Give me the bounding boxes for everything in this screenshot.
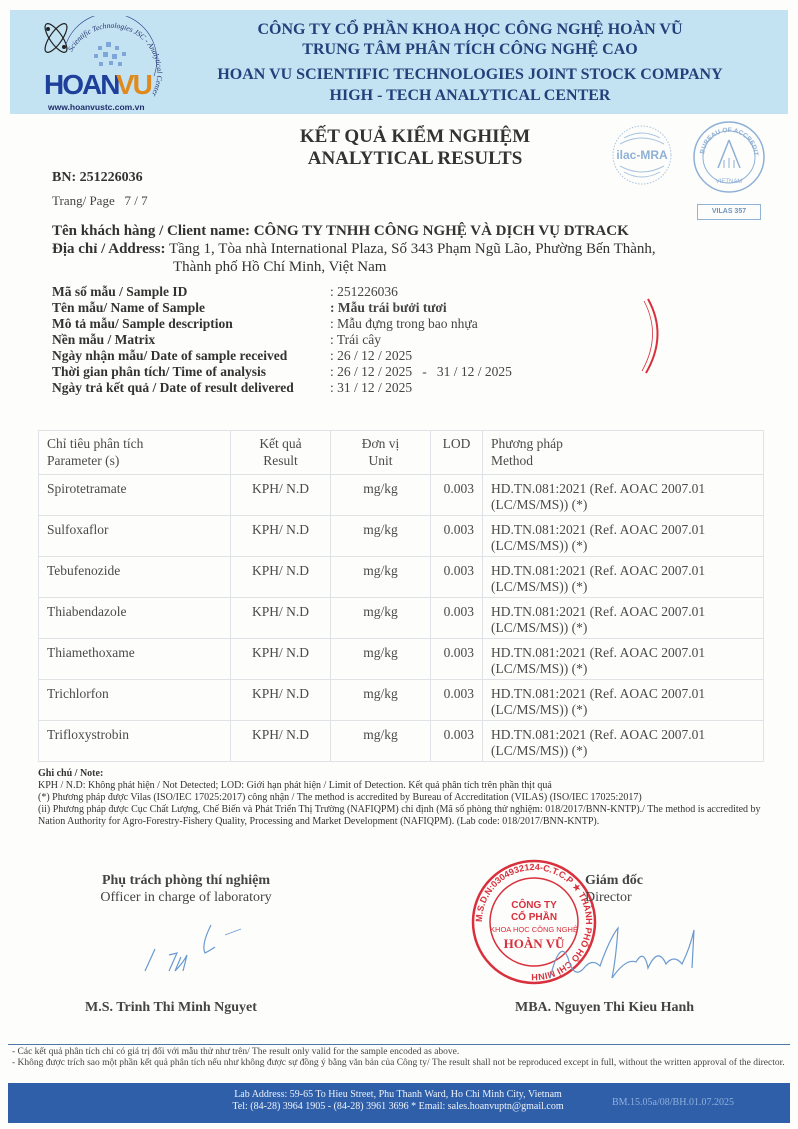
cell-lod: 0.003: [431, 598, 483, 639]
ilac-mra-logo-icon: ilac-MRA: [608, 124, 676, 186]
cell-parameter: Sulfoxaflor: [39, 516, 231, 557]
cell-parameter: Thiabendazole: [39, 598, 231, 639]
cell-lod: 0.003: [431, 680, 483, 721]
cell-parameter: Thiamethoxame: [39, 639, 231, 680]
cell-unit: mg/kg: [331, 516, 431, 557]
cell-method: HD.TN.081:2021 (Ref. AOAC 2007.01(LC/MS/…: [483, 721, 764, 762]
director-title-vn: Giám đốc: [585, 872, 643, 889]
cell-method: HD.TN.081:2021 (Ref. AOAC 2007.01(LC/MS/…: [483, 598, 764, 639]
cell-unit: mg/kg: [331, 639, 431, 680]
cell-unit: mg/kg: [331, 680, 431, 721]
lab-address: Lab Address: 59-65 To Hieu Street, Phu T…: [213, 1089, 583, 1101]
sample-info-row: Thời gian phân tích/ Time of analysis: 2…: [52, 364, 512, 380]
address-label: Địa chỉ / Address:: [52, 241, 166, 257]
cell-method: HD.TN.081:2021 (Ref. AOAC 2007.01(LC/MS/…: [483, 516, 764, 557]
table-row: ThiabendazoleKPH/ N.Dmg/kg0.003HD.TN.081…: [39, 598, 764, 639]
lab-officer-signature-icon: [125, 915, 255, 975]
footer-bar: Lab Address: 59-65 To Hieu Street, Phu T…: [8, 1083, 790, 1123]
logo-url: www.hoanvustc.com.vn: [48, 102, 145, 112]
note-line: (ii) Phương pháp được Cục Chất Lượng, Ch…: [38, 804, 778, 828]
cell-lod: 0.003: [431, 516, 483, 557]
cell-parameter: Trichlorfon: [39, 680, 231, 721]
vilas-badge: VILAS 357: [697, 204, 761, 220]
cell-unit: mg/kg: [331, 557, 431, 598]
sample-info-row: Tên mẫu/ Name of Sample: Mẫu trái bưởi t…: [52, 300, 512, 316]
page-value: 7 / 7: [124, 193, 147, 208]
sample-info-row: Mã số mẫu / Sample ID: 251226036: [52, 284, 512, 300]
address-line2: Thành phố Hồ Chí Minh, Việt Nam: [52, 258, 656, 276]
table-row: TebufenozideKPH/ N.Dmg/kg0.003HD.TN.081:…: [39, 557, 764, 598]
cell-parameter: Trifloxystrobin: [39, 721, 231, 762]
table-header-row: Chỉ tiêu phân tíchParameter (s) Kết quảR…: [39, 431, 764, 475]
page-label: Trang/ Page: [52, 193, 115, 208]
cell-result: KPH/ N.D: [231, 639, 331, 680]
cell-result: KPH/ N.D: [231, 680, 331, 721]
cell-parameter: Tebufenozide: [39, 557, 231, 598]
cell-lod: 0.003: [431, 721, 483, 762]
cell-result: KPH/ N.D: [231, 721, 331, 762]
form-code: BM.15.05a/08/BH.01.07.2025: [612, 1097, 734, 1108]
company-name-vn: CÔNG TY CỔ PHẦN KHOA HỌC CÔNG NGHỆ HOÀN …: [210, 20, 730, 40]
client-name-value: CÔNG TY TNHH CÔNG NGHỆ VÀ DỊCH VỤ DTRACK: [254, 223, 629, 239]
lab-officer-signature-block: Phụ trách phòng thí nghiệm Officer in ch…: [70, 872, 302, 906]
cell-result: KPH/ N.D: [231, 557, 331, 598]
title-en: ANALYTICAL RESULTS: [250, 148, 580, 170]
address-line1: Tầng 1, Tòa nhà International Plaza, Số …: [169, 241, 656, 257]
lab-officer-name: M.S. Trinh Thi Minh Nguyet: [85, 1000, 257, 1016]
footer-notes: - Các kết quả phân tích chỉ có giá trị đ…: [12, 1047, 792, 1069]
svg-text:VIETNAM: VIETNAM: [716, 179, 743, 185]
document-title: KẾT QUẢ KIỂM NGHIỆM ANALYTICAL RESULTS: [250, 126, 580, 170]
svg-text:ilac-MRA: ilac-MRA: [616, 148, 668, 162]
cell-method: HD.TN.081:2021 (Ref. AOAC 2007.01(LC/MS/…: [483, 639, 764, 680]
svg-text:CÔNG TY: CÔNG TY: [511, 898, 557, 911]
table-row: TrifloxystrobinKPH/ N.Dmg/kg0.003HD.TN.0…: [39, 721, 764, 762]
header-lod: LOD: [431, 431, 483, 475]
cell-method: HD.TN.081:2021 (Ref. AOAC 2007.01(LC/MS/…: [483, 475, 764, 516]
company-name-en: HOAN VU SCIENTIFIC TECHNOLOGIES JOINT ST…: [210, 64, 730, 86]
lab-officer-title-en: Officer in charge of laboratory: [70, 889, 302, 906]
cell-result: KPH/ N.D: [231, 475, 331, 516]
cell-parameter: Spirotetramate: [39, 475, 231, 516]
client-name-label: Tên khách hàng / Client name:: [52, 223, 250, 239]
table-row: SulfoxaflorKPH/ N.Dmg/kg0.003HD.TN.081:2…: [39, 516, 764, 557]
director-title-block: Giám đốc Director: [585, 872, 643, 906]
lab-contact: Lab Address: 59-65 To Hieu Street, Phu T…: [213, 1089, 583, 1113]
cell-unit: mg/kg: [331, 475, 431, 516]
center-name-vn: TRUNG TÂM PHÂN TÍCH CÔNG NGHỆ CAO: [210, 40, 730, 60]
cell-lod: 0.003: [431, 557, 483, 598]
bn-number: BN: 251226036: [52, 170, 143, 186]
cell-result: KPH/ N.D: [231, 516, 331, 557]
svg-text:HOAN: HOAN: [44, 69, 119, 100]
table-row: ThiamethoxameKPH/ N.Dmg/kg0.003HD.TN.081…: [39, 639, 764, 680]
header-result: Kết quảResult: [231, 431, 331, 475]
director-signature-icon: [540, 918, 710, 988]
page-seal-edge-icon: [640, 295, 670, 375]
note-line: (*) Phương pháp được Vilas (ISO/IEC 1702…: [38, 792, 778, 804]
title-vn: KẾT QUẢ KIỂM NGHIỆM: [250, 126, 580, 148]
table-row: SpirotetramateKPH/ N.Dmg/kg0.003HD.TN.08…: [39, 475, 764, 516]
header-parameter: Chỉ tiêu phân tíchParameter (s): [39, 431, 231, 475]
director-title-en: Director: [585, 889, 643, 906]
footer-note: - Không được trích sao một phần kết quả …: [12, 1058, 792, 1069]
cell-method: HD.TN.081:2021 (Ref. AOAC 2007.01(LC/MS/…: [483, 557, 764, 598]
bureau-of-accreditation-logo-icon: BUREAU OF ACCREDITATION VIETNAM: [692, 120, 766, 194]
footer-note: - Các kết quả phân tích chỉ có giá trị đ…: [12, 1047, 792, 1058]
letterhead-band: Scientific Technologies JSC - Analytical…: [10, 10, 788, 114]
notes-title: Ghi chú / Note:: [38, 768, 778, 780]
table-row: TrichlorfonKPH/ N.Dmg/kg0.003HD.TN.081:2…: [39, 680, 764, 721]
sample-info-row: Ngày trả kết quả / Date of result delive…: [52, 380, 512, 396]
sample-info-row: Ngày nhận mẫu/ Date of sample received: …: [52, 348, 512, 364]
center-name-en: HIGH - TECH ANALYTICAL CENTER: [210, 86, 730, 106]
cell-lod: 0.003: [431, 639, 483, 680]
director-name: MBA. Nguyen Thi Kieu Hanh: [515, 1000, 694, 1016]
cell-unit: mg/kg: [331, 721, 431, 762]
lab-officer-title-vn: Phụ trách phòng thí nghiệm: [70, 872, 302, 889]
sample-info: Mã số mẫu / Sample ID: 251226036 Tên mẫu…: [52, 284, 512, 396]
cell-result: KPH/ N.D: [231, 598, 331, 639]
cell-lod: 0.003: [431, 475, 483, 516]
notes-block: Ghi chú / Note: KPH / N.D: Không phát hi…: [38, 768, 778, 828]
sample-info-row: Nền mẫu / Matrix: Trái cây: [52, 332, 512, 348]
cell-unit: mg/kg: [331, 598, 431, 639]
sample-info-row: Mô tả mẫu/ Sample description: Mẫu đựng …: [52, 316, 512, 332]
lab-phone-email: Tel: (84-28) 3964 1905 - (84-28) 3961 36…: [213, 1101, 583, 1113]
header-unit: Đơn vịUnit: [331, 431, 431, 475]
page-indicator: Trang/ Page 7 / 7: [52, 193, 148, 209]
hoanvu-logo-icon: Scientific Technologies JSC - Analytical…: [36, 16, 166, 108]
svg-text:VU: VU: [116, 69, 152, 100]
note-line: KPH / N.D: Không phát hiện / Not Detecte…: [38, 780, 778, 792]
client-block: Tên khách hàng / Client name: CÔNG TY TN…: [52, 222, 656, 276]
header-method: Phương phápMethod: [483, 431, 764, 475]
results-table: Chỉ tiêu phân tíchParameter (s) Kết quảR…: [38, 430, 764, 762]
cell-method: HD.TN.081:2021 (Ref. AOAC 2007.01(LC/MS/…: [483, 680, 764, 721]
footer-divider: [8, 1044, 790, 1045]
